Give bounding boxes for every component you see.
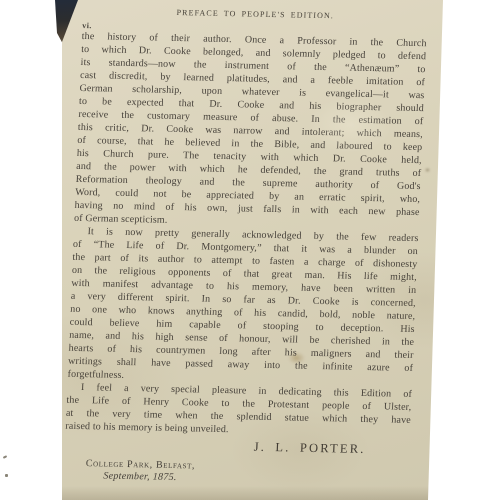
paper-stain [425,168,430,172]
paragraph: I feel a very special pleasure in dedica… [65,381,412,440]
paragraph: It is now pretty generally acknowledged … [67,225,418,388]
dust-speck [3,455,7,459]
footer: College Park, Belfast, September, 1875. [63,458,409,488]
signature: J. L. PORTER. [64,436,410,458]
book-page: PREFACE TO PEOPLE'S EDITION. vi. the his… [0,0,500,500]
body-text: the history of their author. Once a Prof… [65,30,427,440]
running-header: PREFACE TO PEOPLE'S EDITION. [83,6,428,23]
page-content: PREFACE TO PEOPLE'S EDITION. vi. the his… [63,6,428,488]
photo-backdrop: PREFACE TO PEOPLE'S EDITION. vi. the his… [0,0,500,500]
dust-speck [5,474,8,477]
page-number: vi. [82,21,92,30]
paragraph: the history of their author. Once a Prof… [74,30,427,232]
